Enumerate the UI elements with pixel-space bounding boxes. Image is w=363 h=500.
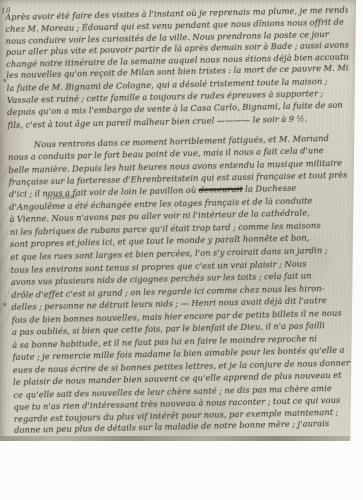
margin-asterisk: *	[3, 302, 7, 311]
letter-page: 18 * * Après avoir été faire des visites…	[0, 0, 356, 441]
line-text: d'ici ; il nous a fait voir de loin le p…	[9, 185, 199, 199]
handwritten-text-block: Après avoir été faire des visites à l'in…	[5, 0, 358, 441]
scan-background: 18 * * Après avoir été faire des visites…	[0, 0, 363, 500]
scanner-white-area	[0, 441, 363, 500]
line-text: la Duchesse	[243, 183, 297, 194]
interlinear-insertion: maintenant	[46, 194, 77, 201]
struck-word: demeurait	[199, 184, 243, 195]
